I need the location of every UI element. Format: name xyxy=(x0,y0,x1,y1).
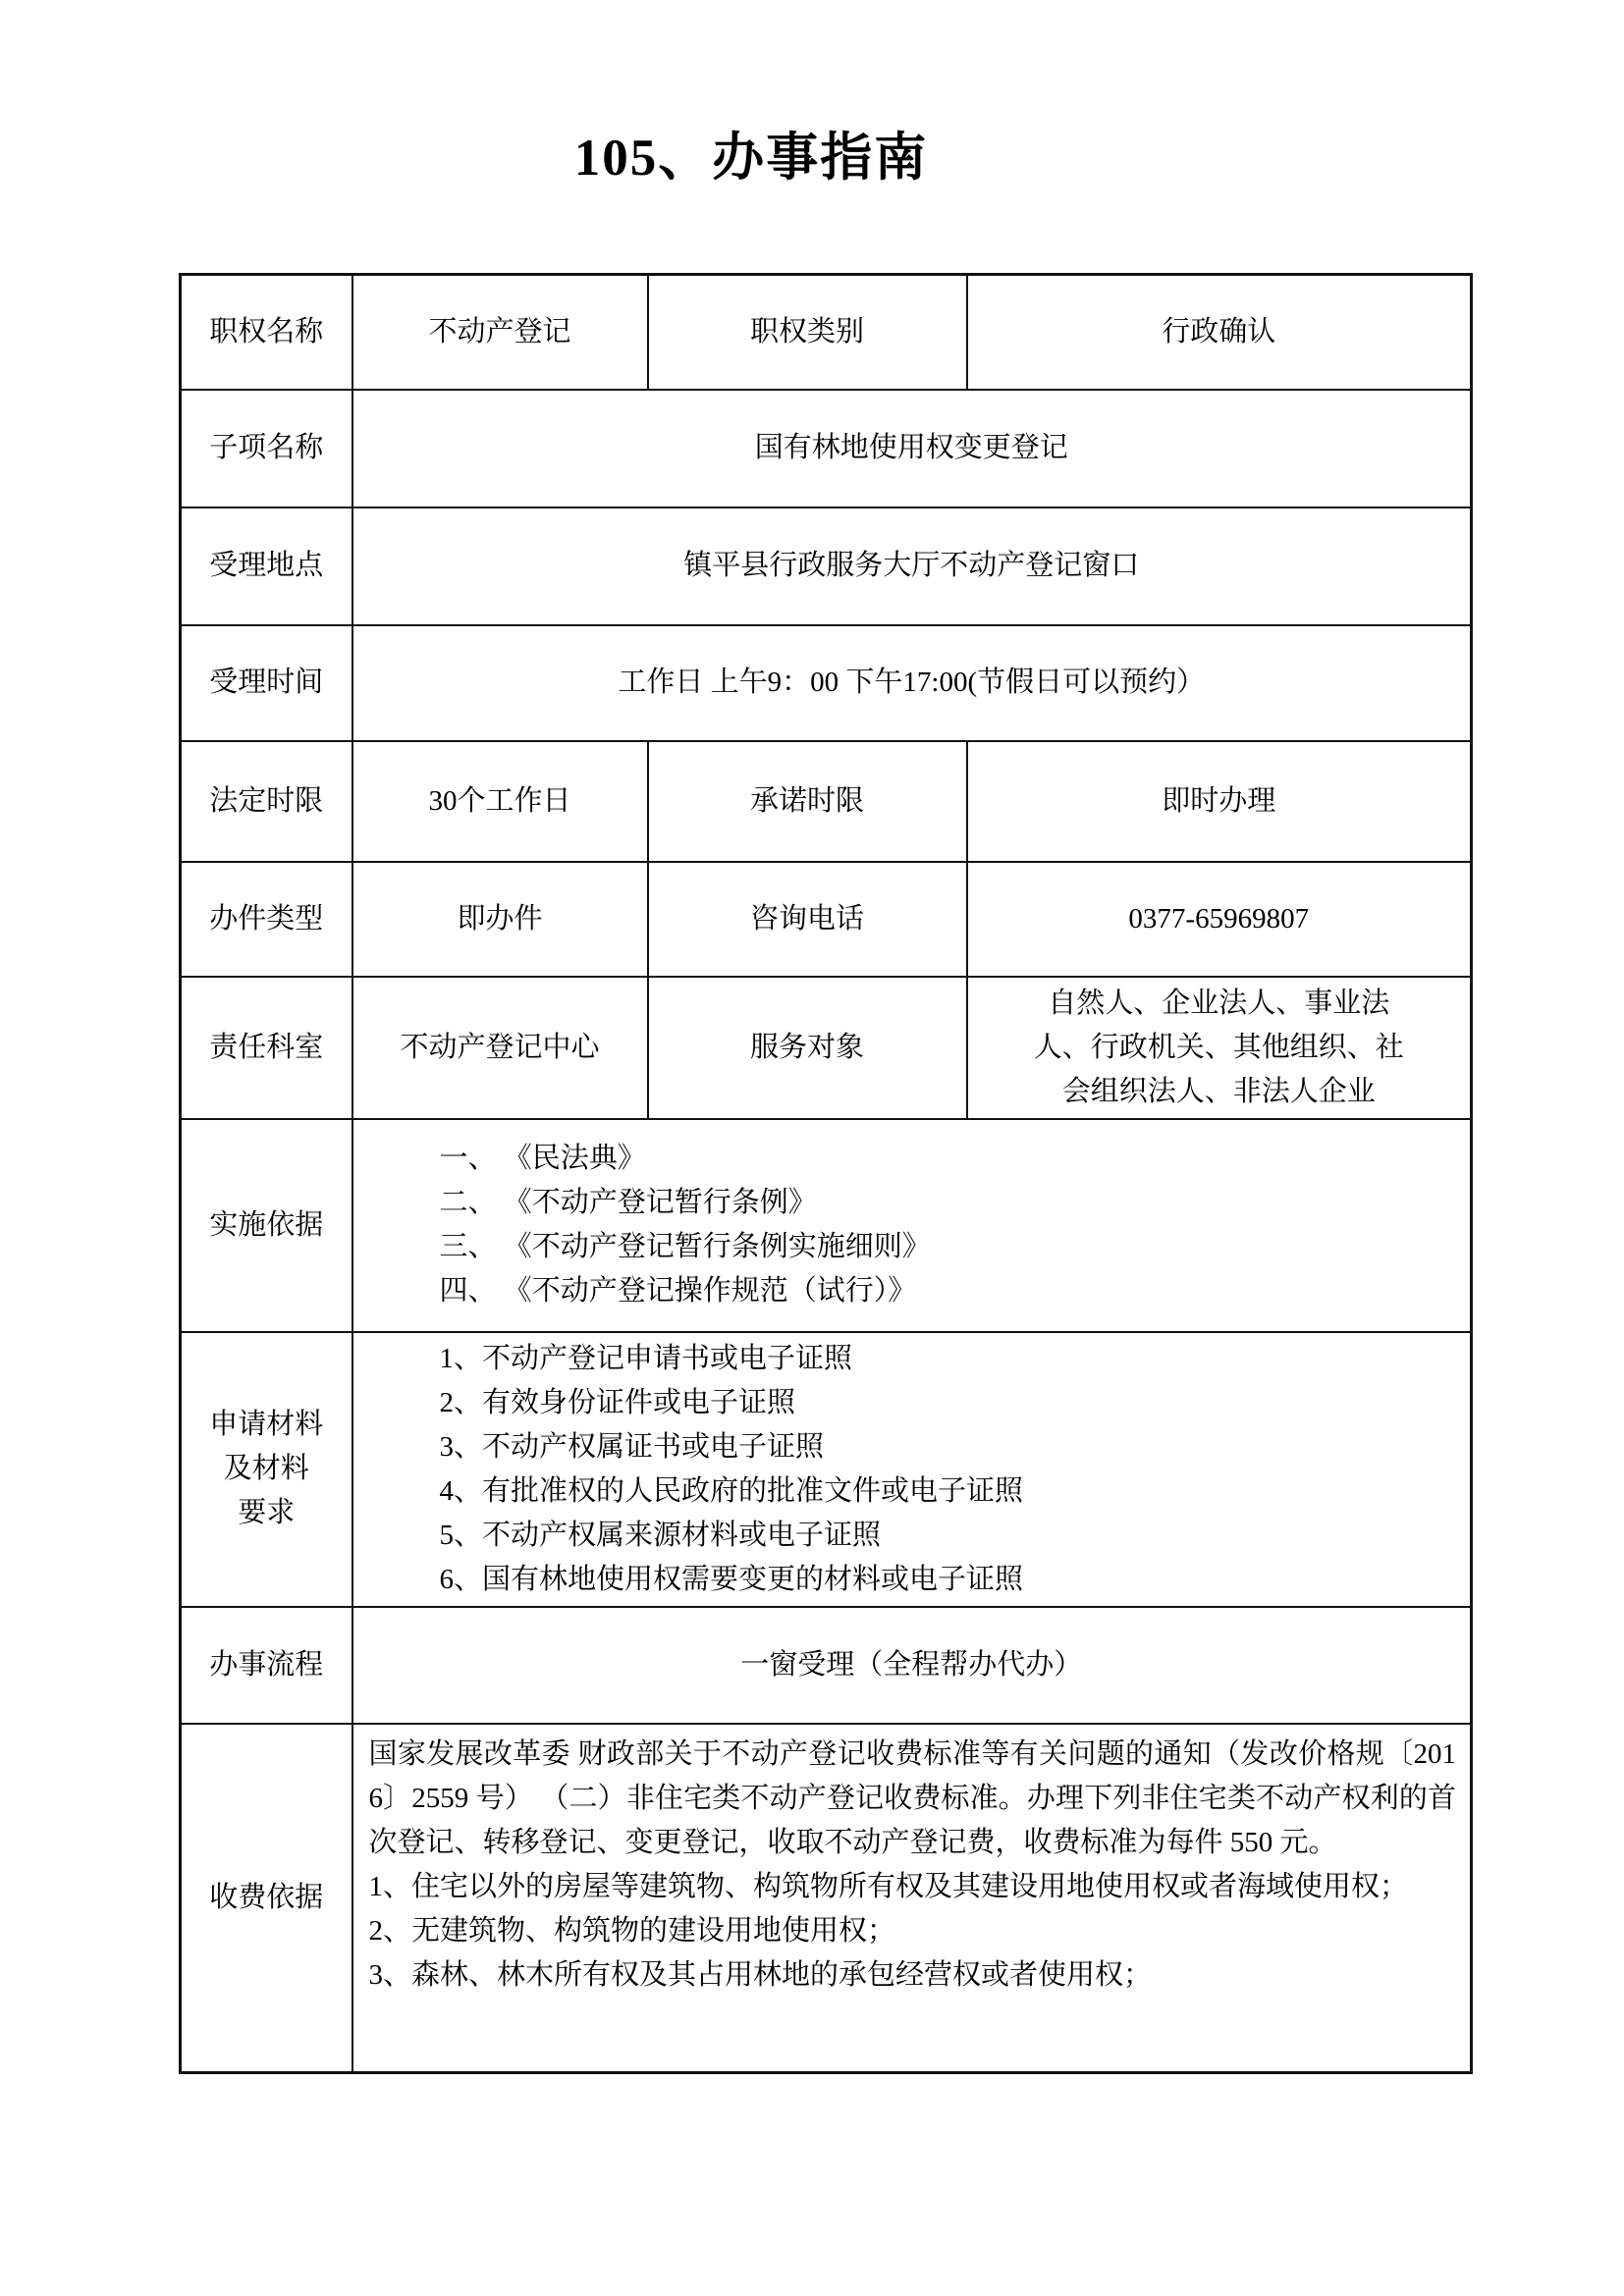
table-row-basis: 实施依据 一、 《民法典》 二、 《不动产登记暂行条例》 三、 《不动产登记暂行… xyxy=(181,1119,1472,1332)
authority-name-label: 职权名称 xyxy=(181,275,352,390)
materials-item: 5、不动产权属来源材料或电子证照 xyxy=(440,1514,1459,1558)
service-target-value: 自然人、企业法人、事业法 人、行政机关、其他组织、社 会组织法人、非法人企业 xyxy=(967,977,1472,1119)
location-label: 受理地点 xyxy=(181,507,352,625)
service-guide-table: 职权名称 不动产登记 职权类别 行政确认 子项名称 国有林地使用权变更登记 受理… xyxy=(179,273,1473,2074)
document-page: 105、办事指南 职权名称 不动产登记 职权类别 行政确认 子项名称 国有林地使… xyxy=(0,0,1624,2296)
table-row-time: 受理时间 工作日 上午9：00 下午17:00(节假日可以预约） xyxy=(181,625,1472,741)
basis-item: 一、 《民法典》 xyxy=(440,1137,1459,1181)
materials-item: 6、国有林地使用权需要变更的材料或电子证照 xyxy=(440,1558,1459,1602)
basis-item: 三、 《不动产登记暂行条例实施细则》 xyxy=(440,1225,1459,1269)
table-row-subitem: 子项名称 国有林地使用权变更登记 xyxy=(181,390,1472,507)
authority-type-value: 行政确认 xyxy=(967,275,1472,390)
materials-item: 1、不动产登记申请书或电子证照 xyxy=(440,1337,1459,1381)
materials-item: 2、有效身份证件或电子证照 xyxy=(440,1381,1459,1425)
department-label: 责任科室 xyxy=(181,977,352,1119)
subitem-value: 国有林地使用权变更登记 xyxy=(352,390,1472,507)
legal-limit-label: 法定时限 xyxy=(181,741,352,862)
promised-limit-label: 承诺时限 xyxy=(648,741,967,862)
phone-label: 咨询电话 xyxy=(648,862,967,977)
materials-item: 3、不动产权属证书或电子证照 xyxy=(440,1425,1459,1469)
promised-limit-value: 即时办理 xyxy=(967,741,1472,862)
service-target-label: 服务对象 xyxy=(648,977,967,1119)
basis-label: 实施依据 xyxy=(181,1119,352,1332)
table-row-authority: 职权名称 不动产登记 职权类别 行政确认 xyxy=(181,275,1472,390)
legal-limit-value: 30个工作日 xyxy=(352,741,648,862)
authority-type-label: 职权类别 xyxy=(648,275,967,390)
time-label: 受理时间 xyxy=(181,625,352,741)
department-value: 不动产登记中心 xyxy=(352,977,648,1119)
subitem-label: 子项名称 xyxy=(181,390,352,507)
page-title: 105、办事指南 xyxy=(0,116,1502,190)
materials-list: 1、不动产登记申请书或电子证照 2、有效身份证件或电子证照 3、不动产权属证书或… xyxy=(352,1332,1472,1607)
process-label: 办事流程 xyxy=(181,1607,352,1724)
process-value: 一窗受理（全程帮办代办） xyxy=(352,1607,1472,1724)
basis-item: 二、 《不动产登记暂行条例》 xyxy=(440,1181,1459,1225)
basis-list: 一、 《民法典》 二、 《不动产登记暂行条例》 三、 《不动产登记暂行条例实施细… xyxy=(352,1119,1472,1332)
table-row-legal-limit: 法定时限 30个工作日 承诺时限 即时办理 xyxy=(181,741,1472,862)
location-value: 镇平县行政服务大厅不动产登记窗口 xyxy=(352,507,1472,625)
fee-label: 收费依据 xyxy=(181,1724,352,2073)
table-row-case-type: 办件类型 即办件 咨询电话 0377-65969807 xyxy=(181,862,1472,977)
table-row-process: 办事流程 一窗受理（全程帮办代办） xyxy=(181,1607,1472,1724)
fee-text: 国家发展改革委 财政部关于不动产登记收费标准等有关问题的通知（发改价格规〔201… xyxy=(352,1724,1472,2073)
table-row-fee: 收费依据 国家发展改革委 财政部关于不动产登记收费标准等有关问题的通知（发改价格… xyxy=(181,1724,1472,2073)
table-row-department: 责任科室 不动产登记中心 服务对象 自然人、企业法人、事业法 人、行政机关、其他… xyxy=(181,977,1472,1119)
materials-item: 4、有批准权的人民政府的批准文件或电子证照 xyxy=(440,1469,1459,1514)
case-type-label: 办件类型 xyxy=(181,862,352,977)
table-row-materials: 申请材料 及材料 要求 1、不动产登记申请书或电子证照 2、有效身份证件或电子证… xyxy=(181,1332,1472,1607)
materials-label: 申请材料 及材料 要求 xyxy=(181,1332,352,1607)
table-row-location: 受理地点 镇平县行政服务大厅不动产登记窗口 xyxy=(181,507,1472,625)
basis-item: 四、 《不动产登记操作规范（试行）》 xyxy=(440,1269,1459,1313)
case-type-value: 即办件 xyxy=(352,862,648,977)
time-value: 工作日 上午9：00 下午17:00(节假日可以预约） xyxy=(352,625,1472,741)
phone-value: 0377-65969807 xyxy=(967,862,1472,977)
authority-name-value: 不动产登记 xyxy=(352,275,648,390)
